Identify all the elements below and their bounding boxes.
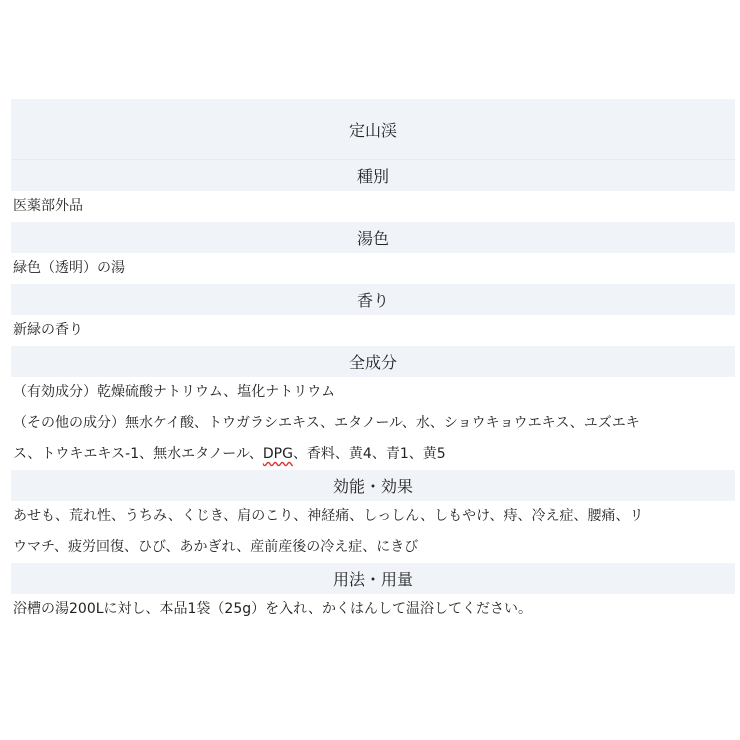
section-heading-scent: 香り — [11, 284, 735, 315]
active-ingredients: （有効成分）乾燥硫酸ナトリウム、塩化ナトリウム — [11, 377, 735, 408]
usage-value: 浴槽の湯200Lに対し、本品1袋（25g）を入れ、かくはんして温浴してください。 — [11, 594, 735, 625]
ingredients-text: ス、トウキエキス-1、無水エタノール、 — [13, 446, 263, 462]
section-heading-ingredients: 全成分 — [11, 346, 735, 377]
efficacy-line-2: ウマチ、疲労回復、ひび、あかぎれ、産前産後の冷え症、にきび — [11, 532, 735, 563]
section-heading-usage: 用法・用量 — [11, 563, 735, 594]
efficacy-line-1: あせも、荒れ性、うちみ、くじき、肩のこり、神経痛、しっしん、しもやけ、痔、冷え症… — [11, 501, 735, 532]
spellcheck-flagged-word: DPG — [263, 446, 293, 462]
ingredients-text: 、香料、黄4、青1、黄5 — [293, 446, 446, 462]
other-ingredients-line-2: ス、トウキエキス-1、無水エタノール、DPG、香料、黄4、青1、黄5 — [11, 439, 735, 470]
type-value: 医薬部外品 — [11, 191, 735, 222]
product-title: 定山渓 — [11, 99, 735, 160]
section-heading-water-color: 湯色 — [11, 222, 735, 253]
section-heading-efficacy: 効能・効果 — [11, 470, 735, 501]
product-spec-sheet: 定山渓 種別 医薬部外品 湯色 緑色（透明）の湯 香り 新緑の香り 全成分 （有… — [11, 99, 735, 625]
other-ingredients-line-1: （その他の成分）無水ケイ酸、トウガラシエキス、エタノール、水、ショウキョウエキス… — [11, 408, 735, 439]
scent-value: 新緑の香り — [11, 315, 735, 346]
water-color-value: 緑色（透明）の湯 — [11, 253, 735, 284]
section-heading-type: 種別 — [11, 160, 735, 191]
